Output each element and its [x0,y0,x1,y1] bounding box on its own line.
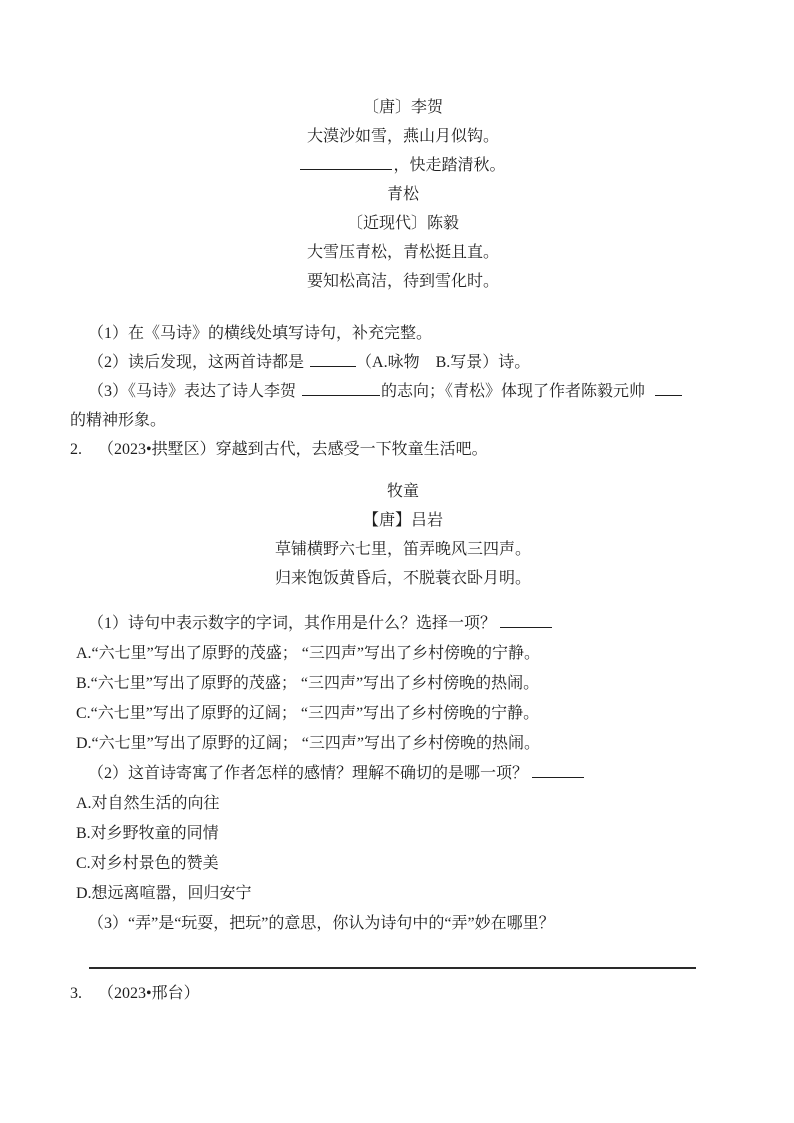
item2-q1-option-a: A.“六七里”写出了原野的茂盛； “三四声”写出了乡村傍晚的宁静。 [70,639,736,669]
answer-blank [302,380,380,396]
item2-q2-text: （2）这首诗寄寓了作者怎样的感情？理解不确切的是哪一项？ [88,765,528,782]
spacer [70,296,736,319]
poem-ma-author: 〔唐〕李贺 [70,93,736,122]
poem-ma-line2: ，快走踏清秋。 [70,151,736,180]
item2-question-1: （1）诗句中表示数字的字词，其作用是什么？选择一项？ [70,609,736,639]
poem-qingsong-line1: 大雪压青松，青松挺且直。 [70,238,736,267]
answer-blank [655,380,682,396]
item2-q1-text: （1）诗句中表示数字的字词，其作用是什么？选择一项？ [88,615,496,632]
item1-q3-pre: （3）《马诗》表达了诗人李贺 [88,383,296,400]
poem-muttong-title: 牧童 [70,477,736,506]
answer-blank [500,612,552,628]
horizontal-divider [89,967,696,969]
answer-blank [532,762,584,778]
item2-q1-option-b: B.“六七里”写出了原野的茂盛； “三四声”写出了乡村傍晚的热闹。 [70,669,736,699]
item2-question-2: （2）这首诗寄寓了作者怎样的感情？理解不确切的是哪一项？ [70,759,736,789]
answer-blank [300,154,392,170]
item1-q3-mid: 的志向；《青松》体现了作者陈毅元帅 [381,383,645,400]
item3-section: 3.（2023•邢台） [70,979,736,1009]
poem-qingsong-line2: 要知松高洁，待到雪化时。 [70,267,736,296]
item3-heading: 3.（2023•邢台） [70,979,736,1009]
spacer [70,465,736,477]
poem-qingsong-title: 青松 [70,180,736,209]
item1-section: 〔唐〕李贺 大漠沙如雪，燕山月似钩。 ，快走踏清秋。 青松 〔近现代〕陈毅 大雪… [70,93,736,435]
item1-q3-continuation: 的精神形象。 [70,406,736,435]
item2-q2-option-d: D.想远离喧嚣，回归安宁 [70,879,736,909]
item2-q1-option-c: C.“六七里”写出了原野的辽阔； “三四声”写出了乡村傍晚的宁静。 [70,699,736,729]
item3-number: 3. [70,979,82,1009]
item3-intro: （2023•邢台） [98,985,200,1002]
item2-q2-option-b: B.对乡野牧童的同情 [70,819,736,849]
item2-number: 2. [70,435,82,465]
poem-muttong-line1: 草铺横野六七里，笛弄晚风三四声。 [70,535,736,564]
item2-q2-option-a: A.对自然生活的向往 [70,789,736,819]
item1-question-1: （1）在《马诗》的横线处填写诗句，补充完整。 [70,319,736,348]
item2-q2-option-c: C.对乡村景色的赞美 [70,849,736,879]
item1-question-2: （2）读后发现，这两首诗都是（A.咏物 B.写景）诗。 [70,348,736,377]
item1-q2-post: （A.咏物 B.写景）诗。 [356,354,530,371]
poem-muttong-author: 【唐】吕岩 [70,506,736,535]
poem-ma-line1: 大漠沙如雪，燕山月似钩。 [70,122,736,151]
item2-section: 2.（2023•拱墅区）穿越到古代，去感受一下牧童生活吧。 牧童 【唐】吕岩 草… [70,435,736,939]
poem-muttong-line2: 归来饱饭黄昏后，不脱蓑衣卧月明。 [70,564,736,593]
item1-question-3: （3）《马诗》表达了诗人李贺的志向；《青松》体现了作者陈毅元帅 [70,377,736,406]
item1-q2-pre: （2）读后发现，这两首诗都是 [88,354,304,371]
item2-question-3: （3）“弄”是“玩耍，把玩”的意思，你认为诗句中的“弄”妙在哪里？ [70,909,736,939]
spacer [70,593,736,609]
item2-intro: （2023•拱墅区）穿越到古代，去感受一下牧童生活吧。 [98,441,488,458]
answer-blank [310,351,356,367]
poem-qingsong-author: 〔近现代〕陈毅 [70,209,736,238]
item2-q1-option-d: D.“六七里”写出了原野的辽阔； “三四声”写出了乡村傍晚的热闹。 [70,729,736,759]
poem-ma-line2-text: ，快走踏清秋。 [393,157,505,174]
item2-heading: 2.（2023•拱墅区）穿越到古代，去感受一下牧童生活吧。 [70,435,736,465]
document-page: 〔唐〕李贺 大漠沙如雪，燕山月似钩。 ，快走踏清秋。 青松 〔近现代〕陈毅 大雪… [0,0,794,1123]
